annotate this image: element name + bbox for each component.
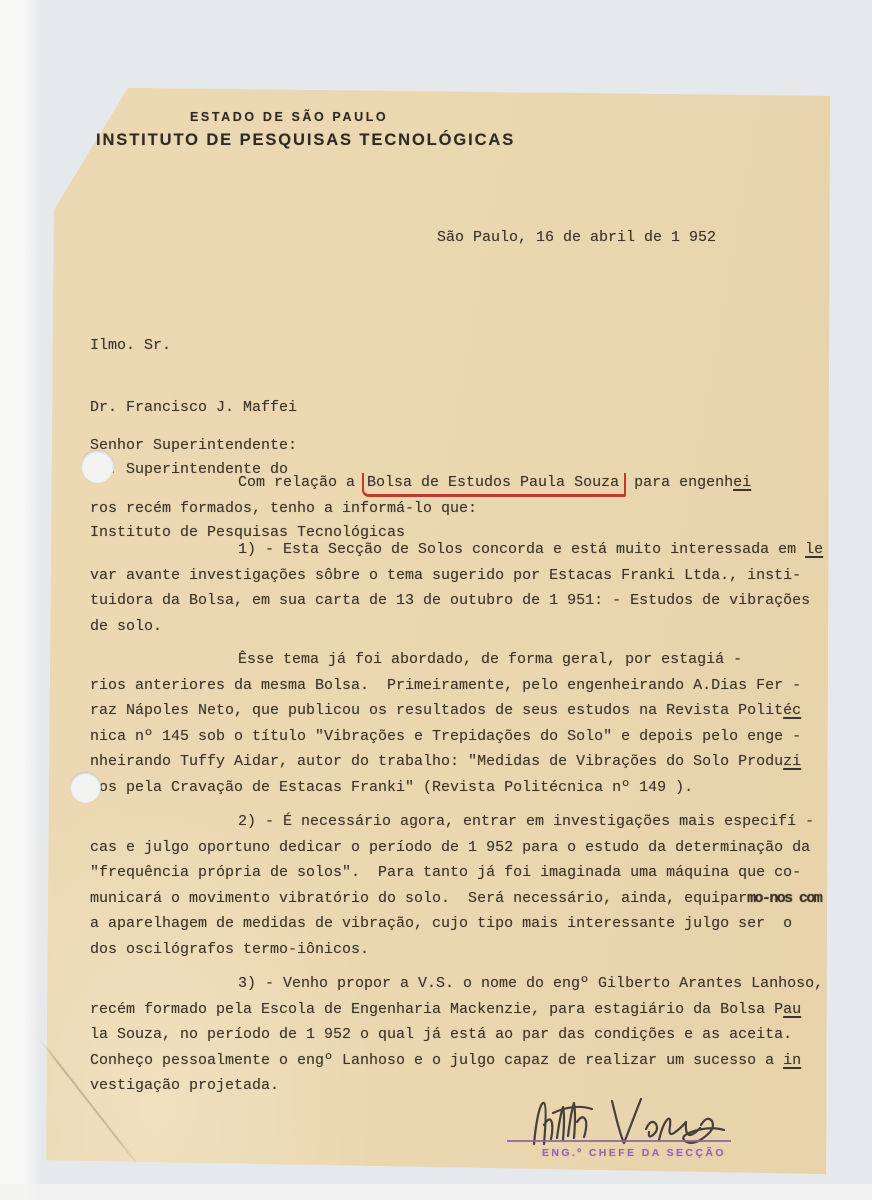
text-line: os pela Cravação de Estacas Franki" (Rev… xyxy=(90,775,850,801)
underlined-text: in xyxy=(783,1052,801,1069)
text-line: de solo. xyxy=(90,614,850,640)
text-line: nica nº 145 sob o título "Vibrações e Tr… xyxy=(90,724,850,750)
underlined-text: zi xyxy=(783,753,801,770)
underlined-text: éc xyxy=(783,702,801,719)
text-line: rios anteriores da mesma Bolsa. Primeira… xyxy=(90,673,850,699)
text-line: a aparelhagem de medidas de vibração, cu… xyxy=(90,911,850,937)
hole-punch-top xyxy=(81,450,114,483)
underlined-text: ei xyxy=(733,474,751,491)
red-pen-annotation: Bolsa de Estudos Paula Souza xyxy=(362,473,626,497)
paragraph: Êsse tema já foi abordado, de forma gera… xyxy=(90,647,850,800)
text-line: Com relação a Bolsa de Estudos Paula Sou… xyxy=(90,470,850,496)
text-line: dos oscilógrafos termo-iônicos. xyxy=(90,937,850,963)
text-line: raz Nápoles Neto, que publicou os result… xyxy=(90,698,850,724)
text-line: var avante investigações sôbre o tema su… xyxy=(90,563,850,589)
signature-stamp: ENG.º CHEFE DA SECÇÃO xyxy=(542,1147,726,1159)
text-line: Conheço pessoalmente o engº Lanhoso e o … xyxy=(90,1048,850,1074)
text-line: 2) - É necessário agora, entrar em inves… xyxy=(90,809,850,835)
text-line: recém formado pela Escola de Engenharia … xyxy=(90,997,850,1023)
underlined-text: le xyxy=(805,541,823,558)
text-line: "frequência própria de solos". Para tant… xyxy=(90,860,850,886)
paragraph: 3) - Venho propor a V.S. o nome do engº … xyxy=(90,971,850,1099)
hole-punch-bottom xyxy=(70,772,101,803)
text-line: cas e julgo oportuno dedicar o período d… xyxy=(90,835,850,861)
underlined-text: au xyxy=(783,1001,801,1018)
text-line: 3) - Venho propor a V.S. o nome do engº … xyxy=(90,971,850,997)
text-line: ros recém formados, tenho a informá-lo q… xyxy=(90,496,850,522)
letter-body: Com relação a Bolsa de Estudos Paula Sou… xyxy=(0,0,872,1200)
signature-underline xyxy=(507,1140,731,1142)
text-line: 1) - Esta Secção de Solos concorda e est… xyxy=(90,537,850,563)
text-line: la Souza, no período de 1 952 o qual já … xyxy=(90,1022,850,1048)
text-line: municará o movimento vibratório do solo.… xyxy=(90,886,850,912)
paragraph: 1) - Esta Secção de Solos concorda e est… xyxy=(90,537,850,639)
text-line: tuidora da Bolsa, em sua carta de 13 de … xyxy=(90,588,850,614)
scanned-letter-page: ESTADO DE SÃO PAULO INSTITUTO DE PESQUIS… xyxy=(0,0,872,1200)
text-line: nheirando Tuffy Aidar, autor do trabalho… xyxy=(90,749,850,775)
text-line: Êsse tema já foi abordado, de forma gera… xyxy=(90,647,850,673)
paragraph: Com relação a Bolsa de Estudos Paula Sou… xyxy=(90,470,850,521)
paragraph: 2) - É necessário agora, entrar em inves… xyxy=(90,809,850,962)
overtyped-text: mo-nos com xyxy=(747,890,821,907)
